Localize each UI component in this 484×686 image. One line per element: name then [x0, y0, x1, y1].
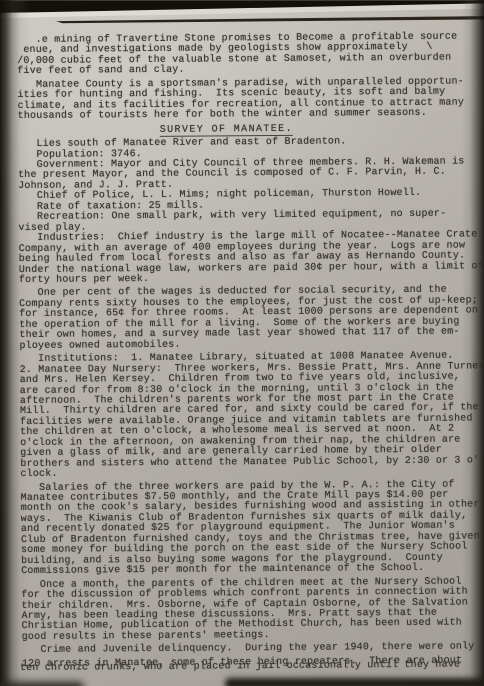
- paragraph: One per cent of the wages is deducted fo…: [19, 286, 482, 352]
- scanned-page-photo: .e mining of Travertine Stone promises t…: [0, 0, 484, 686]
- paragraph: Manatee County is a sportsman's paradise…: [17, 77, 480, 122]
- page-text: .e mining of Travertine Stone promises t…: [17, 32, 484, 675]
- text-line: ten chronic drunks, who are placed in ja…: [20, 661, 460, 675]
- paragraph: Salaries of the three workers are paid b…: [21, 480, 484, 578]
- section-heading-text: SURVEY OF MANATEE.: [160, 123, 293, 137]
- text-line: thousands of tourists here for both the …: [18, 109, 481, 123]
- paragraph: Lies south of Manatee River and east of …: [18, 136, 482, 286]
- paragraph: Once a month, the parents of the childre…: [21, 577, 484, 643]
- photo-bottom-border: [225, 678, 484, 686]
- paragraph: Crime and Juvenile delinquency. During t…: [22, 643, 484, 657]
- text-line: Commissions give $15 per month for the m…: [21, 564, 484, 578]
- paragraph: .e mining of Travertine Stone promises t…: [17, 32, 480, 77]
- section-heading: SURVEY OF MANATEE.: [18, 123, 481, 137]
- text-line: Crime and Juvenile delinquency. During t…: [22, 643, 484, 657]
- photo-bottom-left-shadow: [0, 682, 84, 686]
- paragraph: Institutions: 1. Manatee Library, situat…: [20, 351, 484, 480]
- text-line: five feet of sand and clay.: [17, 64, 480, 78]
